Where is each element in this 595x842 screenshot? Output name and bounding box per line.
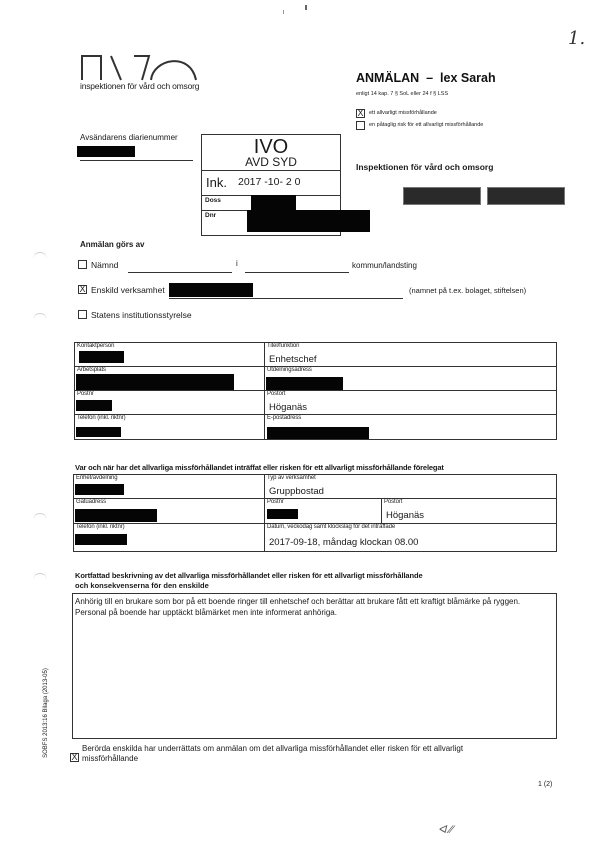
stamp-doss-label: Doss: [205, 197, 221, 204]
sender-ref-redacted: [77, 146, 135, 157]
street-redacted: [75, 509, 157, 522]
notified-label: Berörda enskilda har underrättats om anm…: [82, 744, 502, 764]
checkbox-private-operator[interactable]: X: [78, 285, 87, 294]
operator-suffix: (namnet på t.ex. bolaget, stiftelsen): [409, 286, 526, 295]
sender-ref-label: Avsändarens diarienummer: [80, 133, 178, 142]
contact-person-label: Kontaktperson: [77, 343, 114, 349]
city-label: Postort: [267, 391, 285, 397]
punch-hole: [33, 573, 47, 582]
option-serious-deficiency: ett allvarligt missförhållande: [369, 110, 437, 116]
incident-phone-label: Telefon (inkl. riktnr): [76, 524, 124, 530]
namnd-field[interactable]: [128, 272, 232, 273]
postal-code-label: Postnr: [77, 391, 94, 397]
ivo-logo-icon: [80, 53, 200, 81]
incident-postal-code-label: Postnr: [267, 499, 284, 505]
title-cell[interactable]: Titel/funktion Enhetschef: [264, 342, 557, 367]
delivery-address-redacted: [266, 377, 343, 390]
checkbox-risk-deficiency[interactable]: [356, 121, 365, 130]
stamp-dept: AVD SYD: [202, 155, 340, 169]
recipient-redacted-1: [403, 187, 481, 205]
sender-ref-line: [80, 160, 193, 161]
recipient-redacted-2: [487, 187, 565, 205]
doss-redacted: [251, 195, 296, 211]
description-heading-1: Kortfattad beskrivning av det allvarliga…: [75, 571, 423, 580]
handwritten-initials: ᐊ ⁄⁄: [438, 823, 453, 836]
ivo-logo: [80, 53, 200, 81]
stamp-received-label: Ink.: [206, 175, 227, 190]
phone-redacted: [76, 427, 121, 437]
email-redacted: [267, 427, 369, 439]
workplace-label: Arbetsplats: [77, 367, 106, 373]
recipient-name: Inspektionen för vård och omsorg: [356, 162, 493, 172]
description-heading-2: och konsekvenserna för den enskilde: [75, 581, 209, 590]
phone-label: Telefon (inkl. riktnr): [77, 415, 125, 421]
type-label: Typ av verksamhet: [267, 475, 316, 481]
option-sis: Statens institutionsstyrelse: [91, 310, 192, 320]
form-code: SOBFS 2013:16 Bilaga (2013-05): [43, 653, 49, 773]
scan-mark: [283, 10, 284, 14]
unit-redacted: [75, 484, 124, 495]
incident-postal-code-redacted: [267, 509, 298, 519]
unit-label: Enhet/avdelning: [76, 475, 118, 481]
namnd-separator: i: [236, 259, 238, 268]
punch-hole: [33, 513, 47, 522]
checkbox-serious-deficiency[interactable]: X: [356, 109, 365, 118]
municipality-field[interactable]: [245, 272, 349, 273]
option-namnd: Nämnd: [91, 260, 118, 270]
description-textarea[interactable]: Anhörig till en brukare som bor på ett b…: [72, 593, 557, 739]
page-number: 1 (2): [538, 781, 552, 788]
reporter-heading: Anmälan görs av: [80, 240, 144, 249]
incident-city-value: Höganäs: [386, 510, 424, 521]
city-cell[interactable]: Postort Höganäs: [264, 390, 557, 415]
option-private-operator: Enskild verksamhet: [91, 285, 165, 295]
checkbox-sis[interactable]: [78, 310, 87, 319]
workplace-redacted: [76, 374, 234, 390]
form-title: ANMÄLAN – lex Sarah: [356, 71, 496, 85]
punch-hole: [33, 313, 47, 322]
incident-phone-redacted: [75, 534, 127, 545]
city-value: Höganäs: [269, 402, 307, 413]
postal-code-redacted: [76, 400, 112, 411]
operator-name-field[interactable]: [169, 298, 403, 299]
incident-city-cell[interactable]: Postort Höganäs: [381, 498, 557, 524]
punch-hole: [33, 252, 47, 261]
scan-mark: [305, 5, 307, 10]
title-value: Enhetschef: [269, 354, 317, 365]
checkbox-namnd[interactable]: [78, 260, 87, 269]
option-risk-deficiency: en påtaglig risk för ett allvarligt miss…: [369, 122, 483, 128]
form-subtitle: enligt 14 kap. 7 § SoL eller 24 f § LSS: [356, 91, 448, 97]
stamp-received-date: 2017 -10- 2 0: [238, 176, 300, 188]
email-label: E-postadress: [267, 415, 301, 421]
datetime-cell[interactable]: Datum, veckodag samt klockslag för det i…: [264, 523, 557, 552]
street-label: Gatuadress: [76, 499, 106, 505]
title-label: Titel/funktion: [267, 343, 299, 349]
datetime-value: 2017-09-18, måndag klockan 08.00: [269, 537, 418, 548]
checkbox-notified[interactable]: X: [70, 753, 79, 762]
type-value: Gruppbostad: [269, 486, 324, 497]
contact-person-redacted: [79, 351, 124, 363]
operator-name-redacted: [169, 283, 253, 297]
stamp-org: IVO: [202, 137, 340, 157]
stamp-divider: [202, 170, 340, 171]
stamp-dnr-label: Dnr: [205, 212, 216, 219]
incident-city-label: Postort: [384, 499, 402, 505]
description-text: Anhörig till en brukare som bor på ett b…: [75, 596, 536, 618]
namnd-suffix: kommun/landsting: [352, 261, 417, 270]
logo-tagline: inspektionen för vård och omsorg: [80, 81, 199, 91]
datetime-label: Datum, veckodag samt klockslag för det i…: [267, 524, 395, 530]
incident-heading: Var och när har det allvarliga missförhå…: [75, 463, 444, 472]
handwritten-page-mark: 1.: [568, 28, 585, 49]
delivery-address-label: Utdelningsadress: [267, 367, 312, 373]
type-cell[interactable]: Typ av verksamhet Gruppbostad: [264, 474, 557, 499]
dnr-redacted: [247, 210, 370, 232]
